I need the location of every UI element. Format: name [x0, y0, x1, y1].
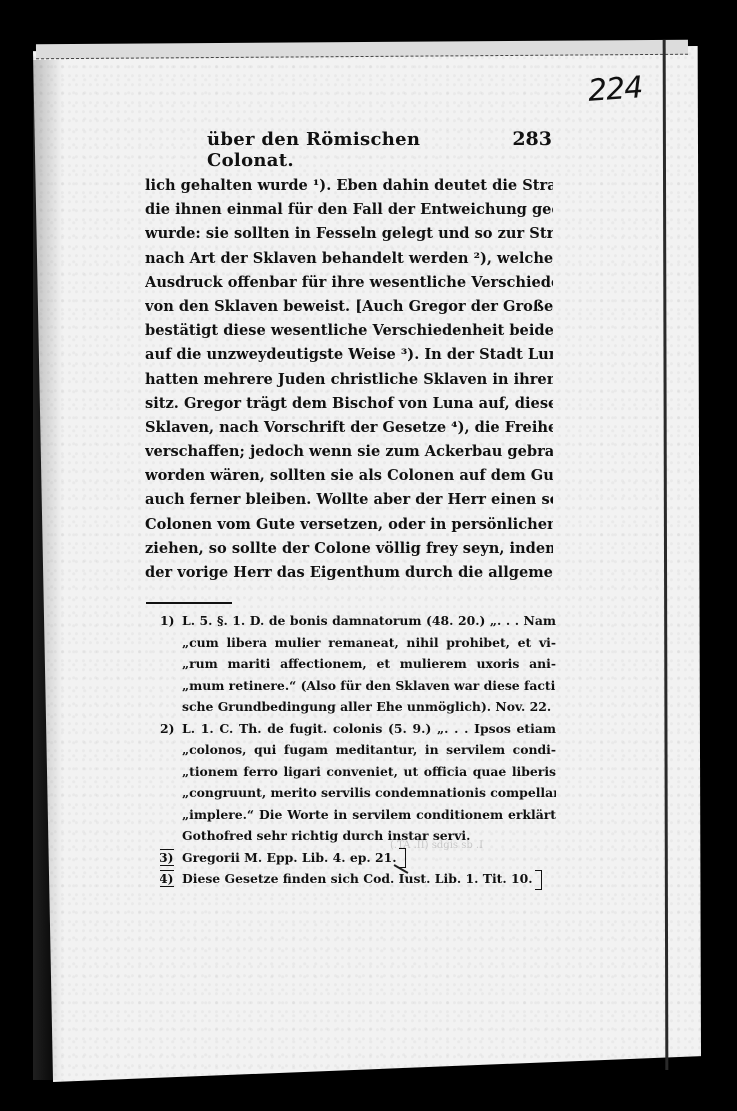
body-line: der vorige Herr das Eigenthum durch die … [145, 561, 553, 585]
body-line: bestätigt diese wesentliche Verschiedenh… [145, 319, 553, 343]
body-line: die ihnen einmal für den Fall der Entwei… [145, 198, 553, 222]
footnote-1-line: „rum mariti affectionem, et mulierem uxo… [160, 653, 556, 675]
footnote-2-line: „implere.“ Die Worte in servilem conditi… [160, 804, 556, 826]
footnote-text: L. 5. §. 1. D. de bonis damnatorum (48. … [182, 613, 556, 628]
footnote-4-line: 4)Diese Gesetze finden sich Cod. Iust. L… [160, 868, 556, 890]
running-title: über den Römischen Colonat. [207, 129, 512, 171]
body-line: hatten mehrere Juden christliche Sklaven… [145, 368, 553, 392]
body-line: ziehen, so sollte der Colone völlig frey… [145, 537, 553, 561]
body-text: lich gehalten wurde ¹). Eben dahin deute… [145, 174, 553, 585]
body-line: sitz. Gregor trägt dem Bischof von Luna … [145, 392, 553, 416]
running-head: über den Römischen Colonat. 283 [207, 128, 552, 171]
footnote-separator-rule [146, 602, 232, 604]
body-line: worden wären, sollten sie als Colonen au… [145, 464, 553, 488]
footnote-text: L. 1. C. Th. de fugit. colonis (5. 9.) „… [182, 721, 556, 736]
body-line: nach Art der Sklaven behandelt werden ²)… [145, 247, 553, 271]
footnote-2-line: 2)L. 1. C. Th. de fugit. colonis (5. 9.)… [160, 718, 556, 740]
body-line: von den Sklaven beweist. [Auch Gregor de… [145, 295, 553, 319]
body-line: wurde: sie sollten in Fesseln gelegt und… [145, 222, 553, 246]
footnote-1-line: 1)L. 5. §. 1. D. de bonis damnatorum (48… [160, 610, 556, 632]
body-line: Colonen vom Gute versetzen, oder in pers… [145, 513, 553, 537]
footnote-2-line: Gothofred sehr richtig durch instar serv… [160, 825, 556, 847]
footnote-text: Diese Gesetze finden sich Cod. Iust. Lib… [182, 871, 533, 886]
footnote-marker: 1) [160, 610, 182, 632]
body-line: Ausdruck offenbar für ihre wesentliche V… [145, 271, 553, 295]
footnote-marker: 4) [160, 870, 174, 887]
footnote-3-line: 3)Gregorii M. Epp. Lib. 4. ep. 21. [160, 847, 556, 869]
footnote-2-line: „tionem ferro ligari conveniet, ut offic… [160, 761, 556, 783]
body-line: auf die unzweydeutigste Weise ³). In der… [145, 343, 553, 367]
body-line: lich gehalten wurde ¹). Eben dahin deute… [145, 174, 553, 198]
editorial-bracket [535, 870, 542, 890]
body-line: verschaffen; jedoch wenn sie zum Ackerba… [145, 440, 553, 464]
editorial-bracket [399, 848, 406, 868]
footnotes: 1)L. 5. §. 1. D. de bonis damnatorum (48… [160, 610, 556, 890]
footnote-marker: 3) [160, 849, 174, 866]
bleed-through-text: (.TA .II) sdgis sb .I [390, 840, 483, 851]
handwritten-folio-number: 224 [587, 70, 644, 109]
footnote-marker: 2) [160, 718, 182, 740]
footnote-1-line: sche Grundbedingung aller Ehe unmöglich)… [160, 696, 556, 718]
footnote-2-line: „congruunt, merito servilis condemnation… [160, 782, 556, 804]
body-line: Sklaven, nach Vorschrift der Gesetze ⁴),… [145, 416, 553, 440]
footnote-1-line: „cum libera mulier remaneat, nihil prohi… [160, 632, 556, 654]
body-line: auch ferner bleiben. Wollte aber der Her… [145, 488, 553, 512]
page-gutter-shadow [33, 60, 63, 1080]
footnote-2-line: „colonos, qui fugam meditantur, in servi… [160, 739, 556, 761]
footnote-text: Gregorii M. Epp. Lib. 4. ep. 21. [182, 850, 397, 865]
footnote-1-line: „mum retinere.“ (Also für den Sklaven wa… [160, 675, 556, 697]
page-number: 283 [512, 128, 552, 150]
